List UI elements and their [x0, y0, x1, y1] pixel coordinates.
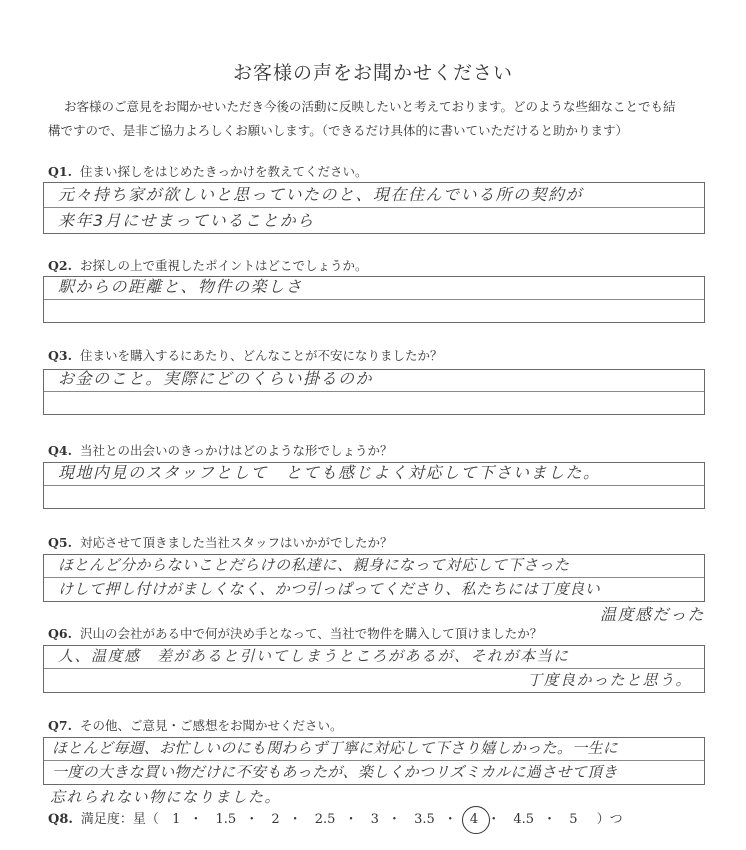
rating-option-5[interactable]: 5 — [560, 812, 586, 827]
question-4-label: Q4.当社との出会いのきっかけはどのような形でしょうか？ — [48, 441, 392, 459]
question-text: 当社との出会いのきっかけはどのような形でしょうか？ — [80, 443, 393, 458]
rating-option-2[interactable]: 2 — [262, 812, 288, 827]
question-number: Q8. — [48, 812, 73, 827]
question-3-label: Q3.住まいを購入するにあたり、どんなことが不安になりましたか？ — [48, 346, 442, 364]
answer-box-5[interactable]: ほとんど分からないことだらけの私達に、親身になって対応して下さった けして押し付… — [43, 554, 705, 602]
question-number: Q1. — [48, 164, 72, 179]
question-7-label: Q7.その他、ご意見・ご感想をお聞かせください。 — [48, 716, 342, 734]
question-text: 住まい探しをはじめたきっかけを教えてください。 — [80, 164, 368, 179]
satisfaction-label: 満足度：星（ — [81, 812, 159, 827]
answer-overflow-5: 温度感だった — [600, 602, 705, 625]
answer-line-2: 一度の大きな買い物だけに不安もあったが、楽しくかつリズミカルに過させて頂き — [52, 761, 618, 782]
intro-line-2: 構ですので、是非ご協力よろしくお願いします。（できるだけ具体的に書いていただける… — [48, 121, 718, 139]
rating-option-3-5[interactable]: 3.5 — [405, 812, 444, 827]
question-text: 対応させて頂きました当社スタッフはいかがでしたか？ — [80, 535, 393, 550]
answer-line-2: 丁度良かったと思う。 — [527, 669, 692, 690]
question-number: Q5. — [48, 535, 72, 550]
question-5-label: Q5.対応させて頂きました当社スタッフはいかがでしたか？ — [48, 533, 392, 551]
question-number: Q7. — [48, 718, 72, 733]
answer-line-1: ほとんど分からないことだらけの私達に、親身になって対応して下さった — [58, 554, 570, 575]
question-text: その他、ご意見・ご感想をお聞かせください。 — [80, 718, 343, 733]
answer-box-2[interactable]: 駅からの距離と、物件の楽しさ — [43, 276, 705, 323]
question-number: Q4. — [48, 443, 72, 458]
answer-box-6[interactable]: 人、温度感 差があると引いてしまうところがあるが、それが本当に 丁度良かったと思… — [43, 645, 705, 693]
question-text: お探しの上で重視したポイントはどこでしょうか。 — [80, 258, 368, 273]
answer-line-2: けして押し付けがましくなく、かつ引っぱってくださり、私たちには丁度良い — [58, 578, 600, 599]
question-1-label: Q1.住まい探しをはじめたきっかけを教えてください。 — [48, 162, 367, 180]
question-text: 住まいを購入するにあたり、どんなことが不安になりましたか？ — [80, 348, 443, 363]
question-number: Q6. — [48, 626, 72, 641]
rating-option-2-5[interactable]: 2.5 — [306, 812, 345, 827]
rating-option-4-selected[interactable]: 4 — [461, 812, 487, 827]
answer-line-2: 来年3月にせまっていることから — [58, 208, 315, 231]
rating-option-1-5[interactable]: 1.5 — [207, 812, 246, 827]
question-2-label: Q2.お探しの上で重視したポイントはどこでしょうか。 — [48, 256, 367, 274]
intro-line-1: お客様のご意見をお聞かせいただき今後の活動に反映したいと考えております。どのよう… — [64, 97, 734, 115]
answer-line-1: お金のこと。実際にどのくらい掛るのか — [58, 366, 373, 389]
answer-overflow-7: 忘れられない物になりました。 — [50, 786, 281, 807]
answer-box-7[interactable]: ほとんど毎週、お忙しいのにも関わらず丁寧に対応して下さり嬉しかった。一生に 一度… — [43, 737, 705, 785]
answer-line-1: 人、温度感 差があると引いてしまうところがあるが、それが本当に — [58, 645, 570, 666]
question-6-label: Q6.沢山の会社がある中で何が決め手となって、当社で物件を購入して頂けましたか？ — [48, 624, 542, 642]
question-text: 沢山の会社がある中で何が決め手となって、当社で物件を購入して頂けましたか？ — [80, 626, 542, 641]
survey-title: お客様の声をお聞かせください — [0, 58, 746, 85]
answer-line-1: 現地内見のスタッフとして とても感じよく対応して下さいました。 — [58, 460, 601, 483]
answer-box-1[interactable]: 元々持ち家が欲しいと思っていたのと、現在住んでいる所の契約が 来年3月にせまって… — [43, 182, 705, 234]
rating-option-4-5[interactable]: 4.5 — [504, 812, 543, 827]
satisfaction-suffix: ）つ — [597, 812, 623, 827]
question-number: Q2. — [48, 258, 72, 273]
answer-box-4[interactable]: 現地内見のスタッフとして とても感じよく対応して下さいました。 — [43, 462, 705, 509]
answer-line-1: 元々持ち家が欲しいと思っていたのと、現在住んでいる所の契約が — [58, 182, 583, 205]
answer-box-3[interactable]: お金のこと。実際にどのくらい掛るのか — [43, 369, 705, 415]
satisfaction-rating: Q8.満足度：星（ 1・ 1.5・ 2・ 2.5・ 3・ 3.5・ 4・ 4.5… — [48, 808, 623, 827]
question-number: Q3. — [48, 348, 72, 363]
rating-option-1[interactable]: 1 — [163, 812, 189, 827]
answer-line-1: 駅からの距離と、物件の楽しさ — [58, 274, 303, 297]
answer-line-1: ほとんど毎週、お忙しいのにも関わらず丁寧に対応して下さり嬉しかった。一生に — [52, 737, 618, 758]
rating-option-3[interactable]: 3 — [362, 812, 388, 827]
